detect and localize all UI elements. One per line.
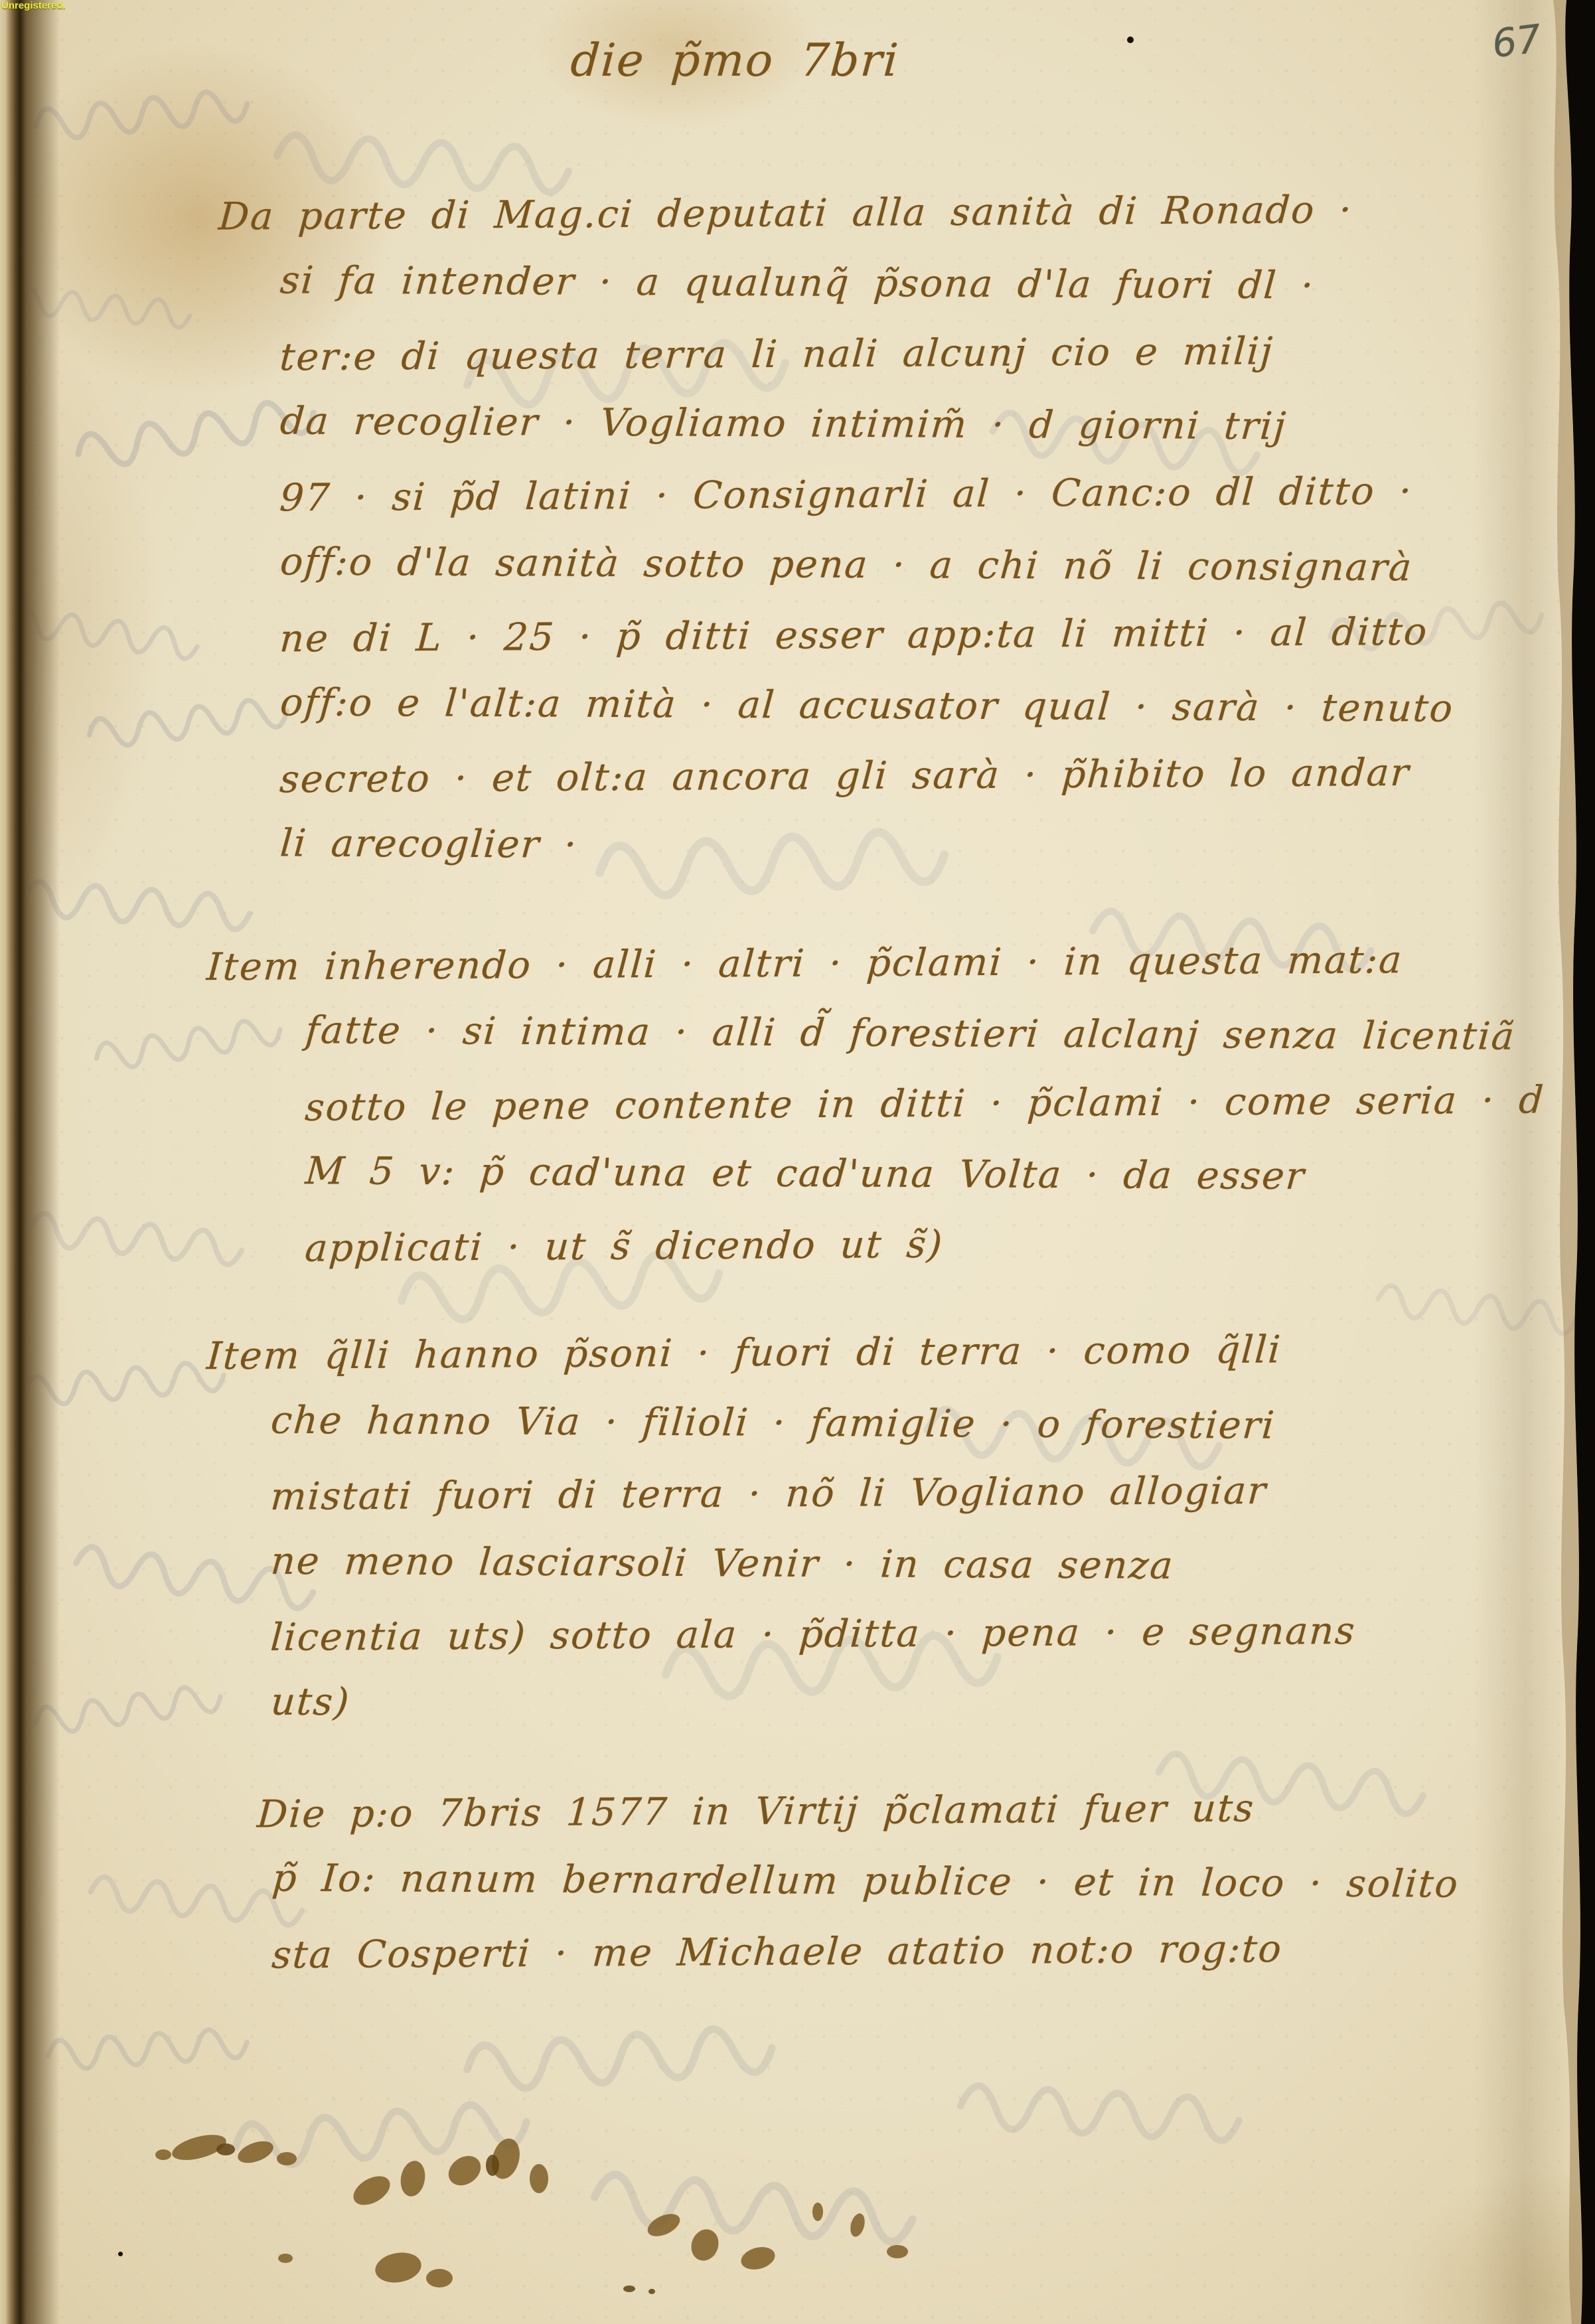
- unregistered-watermark: Unregistered.: [1, 0, 66, 11]
- page-right-edge: [0, 0, 1595, 2324]
- manuscript-scan: die p̃mo 7bri Da parte di Mag.ci deputat…: [0, 0, 1595, 2324]
